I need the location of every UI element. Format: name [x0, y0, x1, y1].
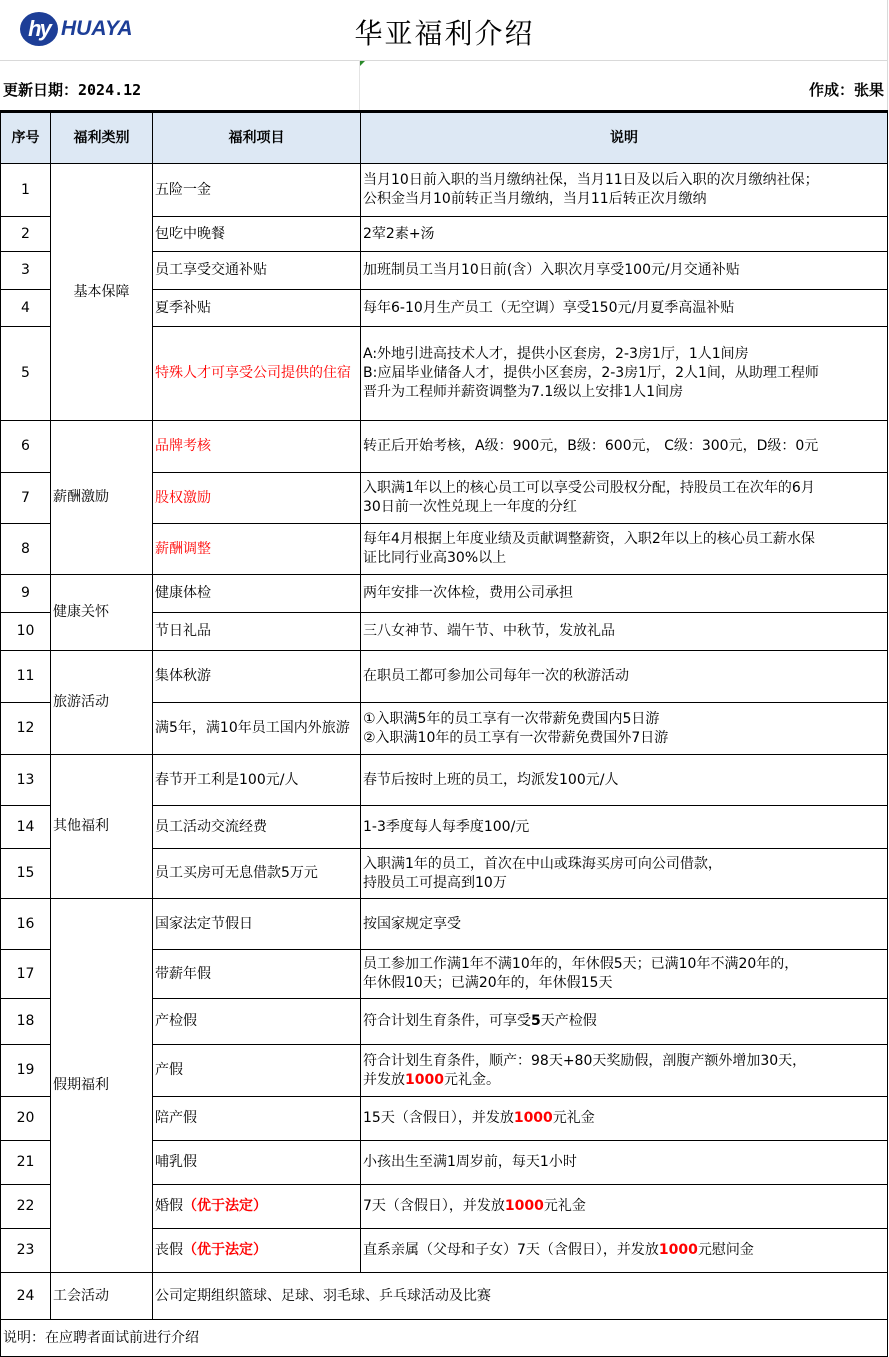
table-row: 24 工会活动 公司定期组织篮球、足球、羽毛球、乒乓球活动及比赛 [1, 1273, 888, 1320]
benefit-item-highlight: 特殊人才可享受公司提供的住宿 [153, 327, 361, 421]
benefit-description: 小孩出生至满1周岁前，每天1小时 [361, 1141, 888, 1185]
row-number: 16 [1, 899, 51, 950]
benefit-item: 五险一金 [153, 164, 361, 217]
benefit-item: 哺乳假 [153, 1141, 361, 1185]
column-header-category: 福利类别 [51, 112, 153, 164]
row-number: 10 [1, 613, 51, 651]
benefit-description: 转正后开始考核，A级：900元，B级：600元， C级：300元，D级：0元 [361, 421, 888, 473]
column-header-description: 说明 [361, 112, 888, 164]
category-cell: 薪酬激励 [51, 421, 153, 575]
benefit-item: 丧假（优于法定） [153, 1229, 361, 1273]
benefit-item: 节日礼品 [153, 613, 361, 651]
benefit-description: 加班制员工当月10日前(含）入职次月享受100元/月交通补贴 [361, 252, 888, 290]
row-number: 3 [1, 252, 51, 290]
benefit-item: 满5年，满10年员工国内外旅游 [153, 703, 361, 755]
benefit-description: A:外地引进高技术人才，提供小区套房，2-3房1厅，1人1间房 B:应届毕业储备… [361, 327, 888, 421]
table-row: 1 基本保障 五险一金 当月10日前入职的当月缴纳社保，当月11日及以后入职的次… [1, 164, 888, 217]
benefit-item: 员工享受交通补贴 [153, 252, 361, 290]
row-number: 4 [1, 290, 51, 327]
row-number: 9 [1, 575, 51, 613]
benefit-description: 两年安排一次体检，费用公司承担 [361, 575, 888, 613]
meta-row: 更新日期：2024.12 作成：张果 [0, 60, 888, 110]
benefit-description: 1-3季度每人每季度100/元 [361, 806, 888, 849]
benefit-item: 带薪年假 [153, 950, 361, 999]
row-number: 5 [1, 327, 51, 421]
row-number: 20 [1, 1097, 51, 1141]
benefit-description: 2荤2素+汤 [361, 217, 888, 252]
table-row: 11 旅游活动 集体秋游 在职员工都可参加公司每年一次的秋游活动 [1, 651, 888, 703]
page-title: 华亚福利介绍 [0, 12, 889, 52]
author-label: 作成：张果 [809, 79, 884, 100]
benefit-description: 三八女神节、端午节、中秋节，发放礼品 [361, 613, 888, 651]
table-header-row: 序号 福利类别 福利项目 说明 [1, 112, 888, 164]
benefit-item-highlight: 薪酬调整 [153, 524, 361, 575]
footer-note: 说明：在应聘者面试前进行介绍 [1, 1320, 888, 1357]
benefit-item: 公司定期组织篮球、足球、羽毛球、乒乓球活动及比赛 [153, 1273, 888, 1320]
benefit-description: 15天（含假日），并发放1000元礼金 [361, 1097, 888, 1141]
benefit-item: 夏季补贴 [153, 290, 361, 327]
benefit-description: 符合计划生育条件，可享受5天产检假 [361, 999, 888, 1045]
category-cell: 基本保障 [51, 164, 153, 421]
title-bar: hy HUAYA 华亚福利介绍 [0, 0, 888, 61]
benefit-description: 每年6-10月生产员工（无空调）享受150元/月夏季高温补贴 [361, 290, 888, 327]
benefit-item-highlight: 品牌考核 [153, 421, 361, 473]
benefit-description: 入职满1年以上的核心员工可以享受公司股权分配，持股员工在次年的6月 30日前一次… [361, 473, 888, 524]
benefit-description: 在职员工都可参加公司每年一次的秋游活动 [361, 651, 888, 703]
benefit-description: 7天（含假日），并发放1000元礼金 [361, 1185, 888, 1229]
row-number: 11 [1, 651, 51, 703]
category-cell: 其他福利 [51, 755, 153, 899]
row-number: 6 [1, 421, 51, 473]
benefit-description: 员工参加工作满1年不满10年的，年休假5天；已满10年不满20年的， 年休假10… [361, 950, 888, 999]
row-number: 23 [1, 1229, 51, 1273]
gridline [359, 60, 360, 110]
benefit-item: 婚假（优于法定） [153, 1185, 361, 1229]
priority-note: （优于法定） [183, 1242, 267, 1258]
column-header-item: 福利项目 [153, 112, 361, 164]
comment-marker-icon [360, 61, 365, 66]
row-number: 14 [1, 806, 51, 849]
benefit-item: 国家法定节假日 [153, 899, 361, 950]
benefit-item: 产检假 [153, 999, 361, 1045]
row-number: 12 [1, 703, 51, 755]
row-number: 22 [1, 1185, 51, 1229]
update-date: 更新日期：2024.12 [3, 79, 141, 100]
benefit-item-highlight: 股权激励 [153, 473, 361, 524]
footer-row: 说明：在应聘者面试前进行介绍 [1, 1320, 888, 1357]
benefit-description: 符合计划生育条件，顺产：98天+80天奖励假，剖腹产额外增加30天， 并发放10… [361, 1045, 888, 1097]
benefit-item: 集体秋游 [153, 651, 361, 703]
benefit-description: 春节后按时上班的员工，均派发100元/人 [361, 755, 888, 806]
row-number: 15 [1, 849, 51, 899]
category-cell: 旅游活动 [51, 651, 153, 755]
row-number: 8 [1, 524, 51, 575]
table-row: 16 假期福利 国家法定节假日 按国家规定享受 [1, 899, 888, 950]
benefit-item: 春节开工利是100元/人 [153, 755, 361, 806]
benefits-table: 序号 福利类别 福利项目 说明 1 基本保障 五险一金 当月10日前入职的当月缴… [0, 110, 888, 1357]
row-number: 18 [1, 999, 51, 1045]
row-number: 7 [1, 473, 51, 524]
row-number: 21 [1, 1141, 51, 1185]
column-header-no: 序号 [1, 112, 51, 164]
benefit-item: 员工活动交流经费 [153, 806, 361, 849]
row-number: 2 [1, 217, 51, 252]
benefit-item: 包吃中晚餐 [153, 217, 361, 252]
benefit-description: 入职满1年的员工，首次在中山或珠海买房可向公司借款， 持股员工可提高到10万 [361, 849, 888, 899]
benefit-description: 直系亲属（父母和子女）7天（含假日），并发放1000元慰问金 [361, 1229, 888, 1273]
benefit-description: 当月10日前入职的当月缴纳社保，当月11日及以后入职的次月缴纳社保； 公积金当月… [361, 164, 888, 217]
row-number: 1 [1, 164, 51, 217]
row-number: 13 [1, 755, 51, 806]
priority-note: （优于法定） [183, 1198, 267, 1214]
benefit-description: ①入职满5年的员工享有一次带薪免费国内5日游 ②入职满10年的员工享有一次带薪免… [361, 703, 888, 755]
row-number: 17 [1, 950, 51, 999]
benefit-item: 健康体检 [153, 575, 361, 613]
table-row: 9 健康关怀 健康体检 两年安排一次体检，费用公司承担 [1, 575, 888, 613]
category-cell: 工会活动 [51, 1273, 153, 1320]
table-row: 13 其他福利 春节开工利是100元/人 春节后按时上班的员工，均派发100元/… [1, 755, 888, 806]
row-number: 19 [1, 1045, 51, 1097]
benefit-item: 陪产假 [153, 1097, 361, 1141]
category-cell: 假期福利 [51, 899, 153, 1273]
category-cell: 健康关怀 [51, 575, 153, 651]
benefit-description: 按国家规定享受 [361, 899, 888, 950]
table-row: 6 薪酬激励 品牌考核 转正后开始考核，A级：900元，B级：600元， C级：… [1, 421, 888, 473]
row-number: 24 [1, 1273, 51, 1320]
benefit-item: 产假 [153, 1045, 361, 1097]
benefit-item: 员工买房可无息借款5万元 [153, 849, 361, 899]
benefit-description: 每年4月根据上年度业绩及贡献调整薪资，入职2年以上的核心员工薪水保 证比同行业高… [361, 524, 888, 575]
